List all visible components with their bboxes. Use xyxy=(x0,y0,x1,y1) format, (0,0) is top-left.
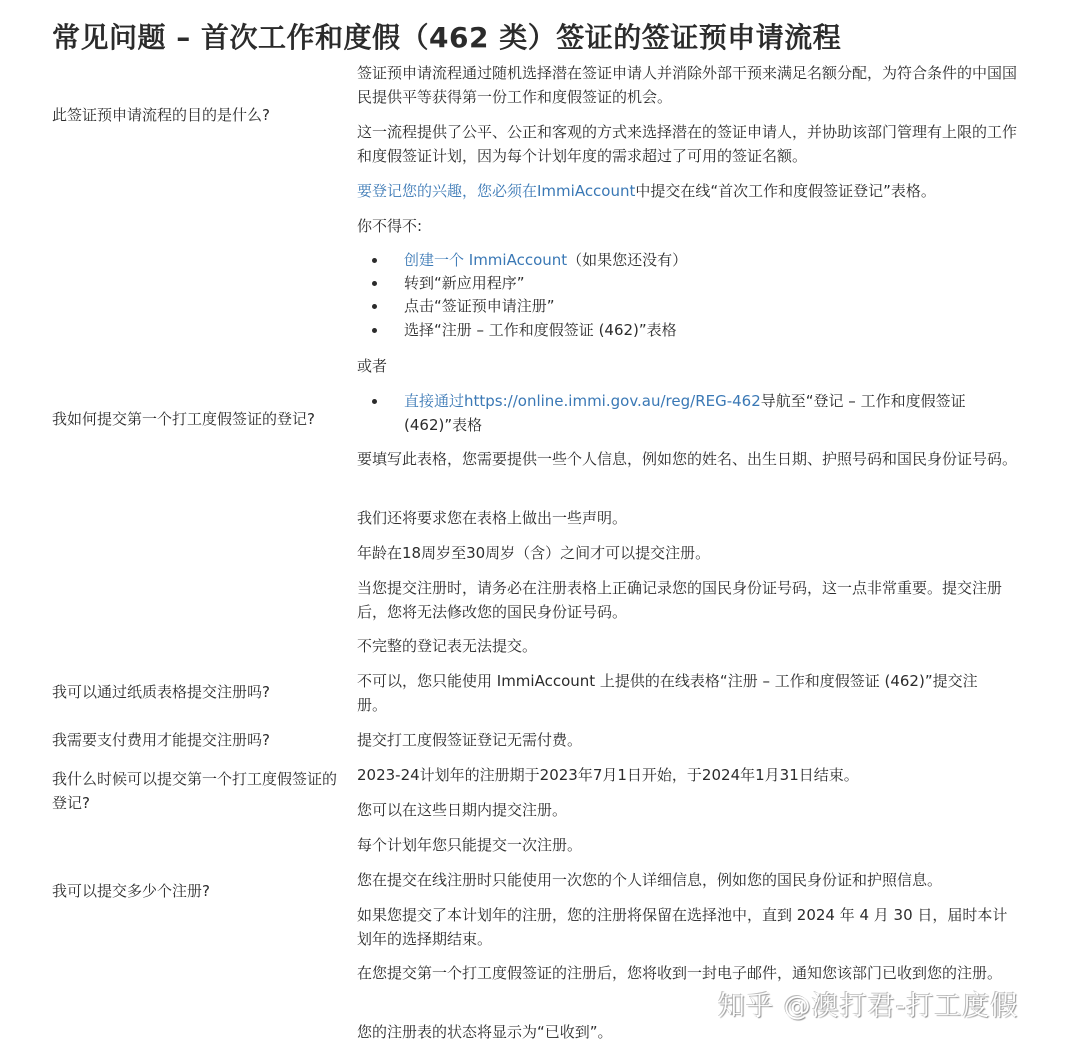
intro-text: 中提交在线“首次工作和度假签证登记”表格。 xyxy=(635,182,936,200)
step-text: 转到“新应用程序” xyxy=(388,271,1018,295)
step-list-item: 点击“签证预申请注册” xyxy=(388,294,1018,318)
faq-answer-paragraph: 当您提交注册时，请务必在注册表格上正确记录您的国民身份证号码，这一点非常重要。提… xyxy=(357,576,1017,624)
faq-answer-paragraph: 如果您提交了本计划年的注册，您的注册将保留在选择池中，直到 2024 年 4 月… xyxy=(357,903,1017,951)
faq-answer-paragraph: 您可以在这些日期内提交注册。 xyxy=(357,798,1017,822)
must-label: 你不得不: xyxy=(357,214,1017,238)
faq-answer-paragraph: 要填写此表格，您需要提供一些个人信息，例如您的姓名、出生日期、护照号码和国民身份… xyxy=(357,447,1017,471)
bullet-icon xyxy=(372,304,377,309)
faq-question: 我需要支付费用才能提交注册吗? xyxy=(52,728,348,752)
faq-question: 此签证预申请流程的目的是什么? xyxy=(52,103,348,127)
faq-answer-paragraph: 在您提交第一个打工度假签证的注册后，您将收到一封电子邮件，通知您该部门已收到您的… xyxy=(357,961,1017,985)
faq-question: 我如何提交第一个打工度假签证的登记? xyxy=(52,407,348,431)
faq-answer-paragraph: 签证预申请流程通过随机选择潜在签证申请人并消除外部干预来满足名额分配，为符合条件… xyxy=(357,61,1017,109)
step-list-item: 直接通过https://online.immi.gov.au/reg/REG-4… xyxy=(388,389,978,437)
or-label: 或者 xyxy=(357,354,1017,378)
faq-question: 我可以提交多少个注册? xyxy=(52,879,348,903)
zhihu-watermark: 知乎 @澳打君-打工度假 xyxy=(718,984,1018,1023)
faq-answer-paragraph: 年龄在18周岁至30周岁（含）之间才可以提交注册。 xyxy=(357,541,1017,565)
bullet-icon xyxy=(372,399,377,404)
faq-answer-paragraph: 每个计划年您只能提交一次注册。 xyxy=(357,833,1017,857)
bullet-icon xyxy=(372,281,377,286)
faq-question: 我可以通过纸质表格提交注册吗? xyxy=(52,680,348,704)
faq-question: 我什么时候可以提交第一个打工度假签证的登记? xyxy=(52,767,348,815)
step-text: 点击“签证预申请注册” xyxy=(388,294,1018,318)
faq-answer-paragraph: 我们还将要求您在表格上做出一些声明。 xyxy=(357,506,1017,530)
faq-answer-paragraph: 这一流程提供了公平、公正和客观的方式来选择潜在的签证申请人，并协助该部门管理有上… xyxy=(357,120,1017,168)
faq-answer-paragraph: 2023-24计划年的注册期于2023年7月1日开始，于2024年1月31日结束… xyxy=(357,763,1017,787)
faq-answer-paragraph: 不可以，您只能使用 ImmiAccount 上提供的在线表格“注册 – 工作和度… xyxy=(357,669,1007,717)
step-list-item: 选择“注册 – 工作和度假签证 (462)”表格 xyxy=(388,318,1018,342)
bullet-icon xyxy=(372,258,377,263)
step-list-item: 转到“新应用程序” xyxy=(388,271,1018,295)
faq-answer-paragraph: 您在提交在线注册时只能使用一次您的个人详细信息，例如您的国民身份证和护照信息。 xyxy=(357,868,1017,892)
faq-answer-paragraph: 要登记您的兴趣，您必须在ImmiAccount中提交在线“首次工作和度假签证登记… xyxy=(357,179,1017,203)
faq-answer-paragraph: 您的注册表的状态将显示为“已收到”。 xyxy=(357,1020,1017,1044)
step-text: （如果您还没有） xyxy=(567,251,687,269)
step-text: 选择“注册 – 工作和度假签证 (462)”表格 xyxy=(388,318,1018,342)
step-list-item: 创建一个 ImmiAccount（如果您还没有） xyxy=(388,248,1018,272)
page-title: 常见问题 – 首次工作和度假（462 类）签证的签证预申请流程 xyxy=(52,16,841,56)
create-immiaccount-link[interactable]: 创建一个 ImmiAccount xyxy=(404,251,567,269)
reg-462-direct-link[interactable]: 直接通过https://online.immi.gov.au/reg/REG-4… xyxy=(404,392,761,410)
faq-answer-paragraph: 不完整的登记表无法提交。 xyxy=(357,634,1017,658)
bullet-icon xyxy=(372,328,377,333)
faq-answer-paragraph: 提交打工度假签证登记无需付费。 xyxy=(357,728,1017,752)
immiaccount-intro-link[interactable]: 要登记您的兴趣，您必须在ImmiAccount xyxy=(357,182,635,200)
